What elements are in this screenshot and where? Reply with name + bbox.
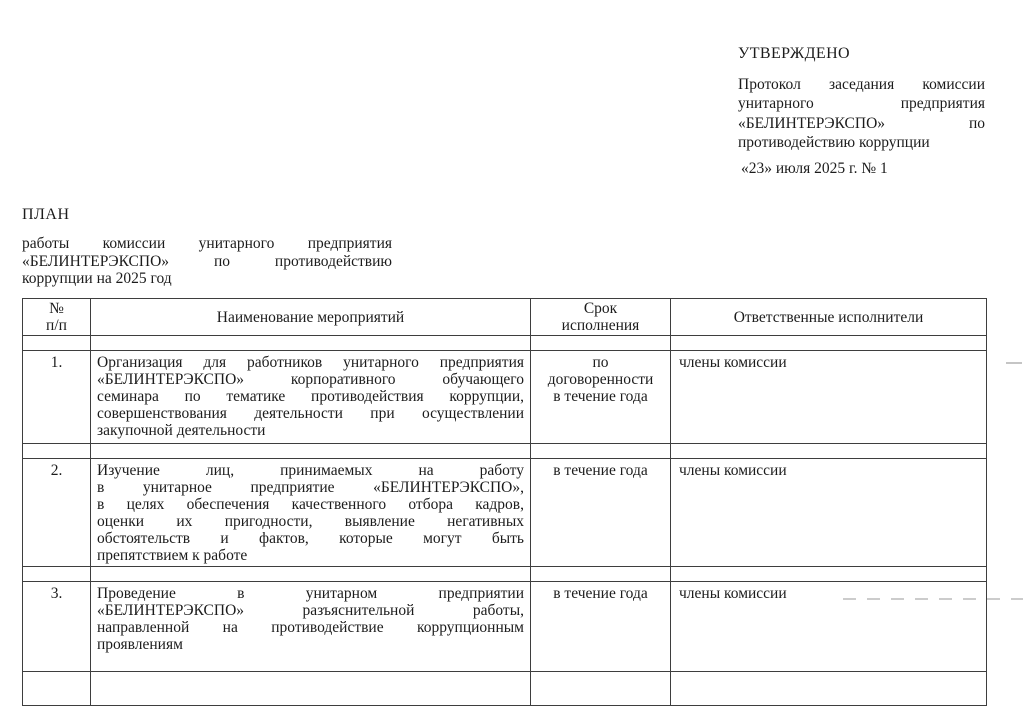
column-header-num: № п/п [23,299,91,336]
spacer-cell [531,567,671,582]
cell-row-number: 1. [23,351,91,444]
empty-cell [531,672,671,706]
spacer-cell [23,336,91,351]
table-row: 2. Изучение лиц, принимаемых на работув … [23,459,987,567]
cell-activity: Изучение лиц, принимаемых на работув уни… [91,459,531,567]
spacer-row [23,336,987,351]
table-row: 3. Проведение в унитарном предприятии«БЕ… [23,582,987,672]
plan-table: № п/п Наименование мероприятий Срок испо… [22,298,987,706]
spacer-cell [91,567,531,582]
cell-row-number: 2. [23,459,91,567]
empty-cell [23,672,91,706]
approval-date-line: «23» июля 2025 г. № 1 [738,159,985,179]
plan-title: ПЛАН [22,206,392,224]
cell-row-number: 3. [23,582,91,672]
spacer-cell [531,444,671,459]
spacer-cell [531,336,671,351]
approval-stamp: УТВЕРЖДЕНО Протокол заседания комиссииун… [738,44,985,178]
spacer-cell [671,567,987,582]
spacer-cell [91,336,531,351]
cell-term: в течение года [531,582,671,672]
cell-responsible: члены комиссии [671,351,987,444]
spacer-row [23,567,987,582]
empty-cell [671,672,987,706]
column-header-activity: Наименование мероприятий [91,299,531,336]
empty-row [23,672,987,706]
table-row: 1. Организация для работников унитарного… [23,351,987,444]
plan-subtitle: работы комиссии унитарного предприятия«Б… [22,235,392,288]
plan-heading: ПЛАН работы комиссии унитарного предприя… [22,206,392,288]
cell-responsible: члены комиссии [671,582,987,672]
spacer-row [23,444,987,459]
approval-title: УТВЕРЖДЕНО [738,44,985,64]
document-page: УТВЕРЖДЕНО Протокол заседания комиссииун… [0,0,1024,724]
spacer-cell [23,567,91,582]
cell-term: в течение года [531,459,671,567]
cell-activity: Организация для работников унитарного пр… [91,351,531,444]
column-header-responsible: Ответственные исполнители [671,299,987,336]
column-header-term: Срок исполнения [531,299,671,336]
scan-artifact [1006,362,1022,364]
spacer-cell [671,444,987,459]
cell-responsible: члены комиссии [671,459,987,567]
spacer-cell [23,444,91,459]
approval-body: Протокол заседания комиссииунитарного пр… [738,75,985,153]
table-header-row: № п/п Наименование мероприятий Срок испо… [23,299,987,336]
cell-activity: Проведение в унитарном предприятии«БЕЛИН… [91,582,531,672]
spacer-cell [91,444,531,459]
empty-cell [91,672,531,706]
spacer-cell [671,336,987,351]
cell-term: по договоренности в течение года [531,351,671,444]
